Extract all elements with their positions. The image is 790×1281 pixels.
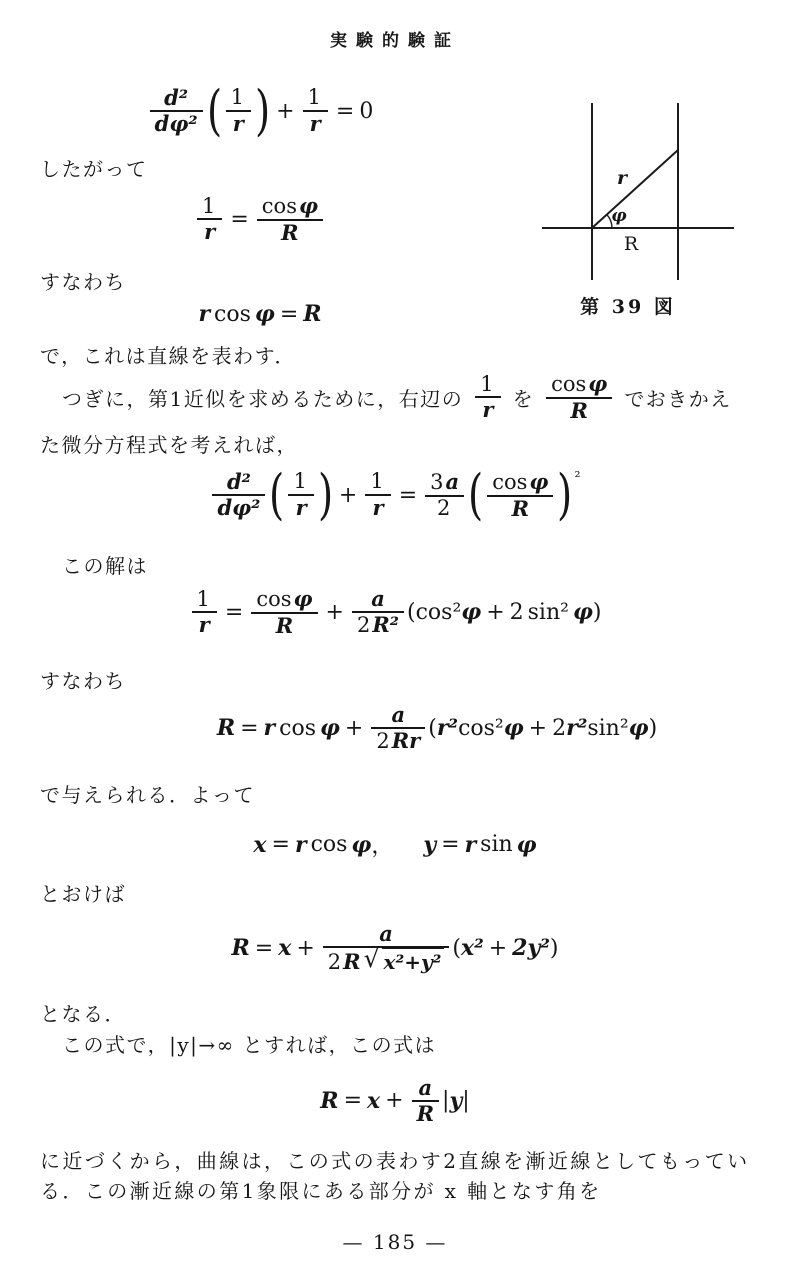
body-text-tsugini-2: た微分方程式を考えれば， xyxy=(40,429,298,458)
math-token: 2 xyxy=(552,716,566,741)
numerator: d² xyxy=(159,86,193,110)
math-token: = xyxy=(336,99,354,124)
math-token: y xyxy=(449,1088,462,1114)
math-token: ( xyxy=(452,936,461,961)
math-token: = xyxy=(441,832,459,857)
equation-8: R=x+a2R√x²+y²(x²+2y²) xyxy=(0,922,790,974)
math-token: φ xyxy=(461,599,481,625)
math-token: ( xyxy=(407,600,416,625)
math-token: φ xyxy=(294,587,313,611)
fraction: 1r xyxy=(226,86,251,135)
equation-6: R=rcosφ+a2Rr(r²cos²φ+2r²sin²φ) xyxy=(0,703,790,753)
denominator: r xyxy=(194,613,215,637)
math-token: r² xyxy=(437,715,458,741)
math-token: cos xyxy=(492,471,527,495)
fraction: aR xyxy=(412,1076,439,1125)
math-token: r xyxy=(204,220,215,244)
parenthesis: ) xyxy=(255,84,270,138)
fraction: a2R√x²+y² xyxy=(323,922,450,974)
math-token: 1 xyxy=(231,86,244,110)
denominator: r xyxy=(367,496,388,520)
math-token: cos xyxy=(262,195,297,219)
math-token: + xyxy=(345,716,363,741)
math-token: a xyxy=(379,922,393,946)
math-token: ( xyxy=(428,716,437,741)
math-token: + xyxy=(486,600,504,625)
math-token: 1 xyxy=(480,373,493,397)
denominator: R xyxy=(565,399,592,423)
math-token: R xyxy=(303,301,321,327)
math-token: φ xyxy=(529,470,548,494)
math-token: を xyxy=(513,383,535,412)
numerator: 3a xyxy=(425,470,464,495)
math-token: φ xyxy=(504,715,524,741)
math-token: x² xyxy=(461,935,484,961)
figure-label-r: r xyxy=(617,167,629,189)
math-token: 1 xyxy=(308,86,321,110)
math-token: φ xyxy=(629,715,649,741)
fraction: 1r xyxy=(288,470,313,519)
denominator: dφ² xyxy=(150,112,203,136)
math-token: = xyxy=(272,832,290,857)
math-token: x xyxy=(278,935,291,961)
math-token: でおきかえ xyxy=(624,383,732,412)
math-token: Rr xyxy=(392,729,421,753)
math-token: φ xyxy=(588,372,607,396)
square-root: √x²+y² xyxy=(364,948,445,973)
math-token: ) xyxy=(550,936,559,961)
math-token: x xyxy=(253,832,266,858)
equation-5: 1r=cosφR+a2R²(cos²φ+2sin²φ) xyxy=(0,587,790,637)
fraction: 1r xyxy=(197,195,222,244)
math-token: φ xyxy=(517,832,537,858)
numerator: 1 xyxy=(475,373,500,397)
math-token: R² xyxy=(372,613,399,637)
math-token: φ xyxy=(299,194,318,218)
numerator: cosφ xyxy=(257,194,323,219)
math-token: R xyxy=(231,935,249,961)
math-token: + xyxy=(339,483,357,508)
math-token: 1 xyxy=(202,195,215,219)
fraction: cosφR xyxy=(487,470,553,520)
numerator: a xyxy=(414,1076,438,1100)
denominator: 2R√x²+y² xyxy=(323,948,450,975)
math-token: + xyxy=(276,99,294,124)
numerator: 1 xyxy=(288,470,313,494)
denominator: R xyxy=(507,497,534,521)
numerator: 1 xyxy=(197,195,222,219)
fraction: 1r xyxy=(192,588,217,637)
numerator: 1 xyxy=(303,86,328,110)
math-token: a xyxy=(419,1076,433,1100)
denominator: 2R² xyxy=(352,613,404,638)
denominator: R xyxy=(271,614,298,638)
numerator: a xyxy=(386,703,410,727)
radical-icon: √ xyxy=(364,946,380,971)
math-token: = xyxy=(255,936,273,961)
math-token: 2 xyxy=(357,614,370,638)
figure-39-diagram: r φ R xyxy=(538,92,748,292)
math-token: a xyxy=(371,587,385,611)
denominator: r xyxy=(477,398,498,422)
exponent: ² xyxy=(575,470,581,485)
math-token: 2 xyxy=(328,951,341,975)
math-token: ， xyxy=(371,829,393,860)
math-token: φ xyxy=(255,301,275,327)
body-text-ruline: る．この漸近線の第1象限にある部分が x 軸となす角を xyxy=(40,1175,602,1204)
math-token: = xyxy=(399,483,417,508)
math-token: R xyxy=(276,614,293,638)
math-token: R xyxy=(570,399,587,423)
math-token: 3 xyxy=(430,471,443,495)
numerator: cosφ xyxy=(251,587,317,612)
math-token: R xyxy=(343,950,360,974)
fraction: 1r xyxy=(475,373,500,422)
math-token: 1 xyxy=(293,470,306,494)
math-token: a xyxy=(391,703,405,727)
math-token: 2 xyxy=(437,497,450,521)
denominator: R xyxy=(412,1102,439,1126)
math-token: dφ² xyxy=(217,496,260,520)
paragraph-tsugini: つぎに，第1近似を求めるために，右辺の1rをcosφRでおきかえ xyxy=(62,372,772,422)
body-text-konokai: この解は xyxy=(62,550,148,579)
math-token: dφ² xyxy=(155,112,198,136)
denominator: r xyxy=(228,112,249,136)
math-token: y xyxy=(423,832,436,858)
book-page: 実験的験証 d²dφ²(1r)+1r=0 したがって 1r=cosφR すなわち… xyxy=(0,0,790,1281)
math-token: + xyxy=(529,716,547,741)
equation-3: rcosφ=R xyxy=(0,301,520,327)
math-token: R xyxy=(512,497,529,521)
math-token: = xyxy=(240,716,258,741)
body-text-konoshiki: この式で，|y|→∞ とすれば，この式は xyxy=(62,1029,436,1058)
math-token: r xyxy=(310,112,321,136)
math-token: x²+y² xyxy=(384,950,442,974)
math-token: = xyxy=(230,207,248,232)
math-token: cos xyxy=(256,588,291,612)
math-token: cos xyxy=(311,832,348,857)
math-token: ) xyxy=(593,600,602,625)
math-token: + xyxy=(296,936,314,961)
math-token: つぎに，第1近似を求めるために，右辺の xyxy=(62,383,463,412)
math-token: sin xyxy=(480,832,513,857)
fraction: a2Rr xyxy=(371,703,425,753)
page-number: — 185 — xyxy=(0,1230,790,1254)
math-token: R xyxy=(320,1088,338,1114)
parenthesis: ( xyxy=(269,468,284,522)
equation-9: R=x+aR|y| xyxy=(0,1076,790,1125)
math-token: = xyxy=(225,600,243,625)
body-text-chikazuku: に近づくから，曲線は，この式の表わす2直線を漸近線としてもってい xyxy=(40,1145,750,1174)
equation-4: d²dφ²(1r)+1r=3a2(cosφR)² xyxy=(0,468,790,522)
body-text-tonaru: となる． xyxy=(40,998,126,1027)
denominator: 2Rr xyxy=(371,729,425,754)
denominator: dφ² xyxy=(212,496,265,520)
math-token: 2y² xyxy=(512,935,550,961)
numerator: a xyxy=(374,922,398,946)
math-token: 2 xyxy=(510,600,524,625)
denominator: R xyxy=(276,221,303,245)
math-token: + xyxy=(489,936,507,961)
figure-caption: 第 39 図 xyxy=(538,292,718,319)
math-token: cos xyxy=(279,716,316,741)
fraction: cosφR xyxy=(257,194,323,244)
parenthesis: ) xyxy=(557,468,572,522)
math-token: R xyxy=(281,221,298,245)
math-token: = xyxy=(280,302,298,327)
math-token: + xyxy=(385,1088,403,1113)
equation-7: x=rcosφ，y=rsinφ xyxy=(0,829,790,860)
numerator: d² xyxy=(222,470,256,494)
math-token: 1 xyxy=(370,470,383,494)
math-token: cos² xyxy=(416,600,462,625)
fraction: 1r xyxy=(365,470,390,519)
math-token: cos xyxy=(551,373,586,397)
running-head: 実験的験証 xyxy=(0,26,790,51)
body-text-tookeba: とおけば xyxy=(40,878,126,907)
body-text-sunawachi-1: すなわち xyxy=(40,266,126,295)
numerator: 1 xyxy=(365,470,390,494)
numerator: a xyxy=(366,587,390,611)
math-token: r xyxy=(199,613,210,637)
math-token: cos xyxy=(214,302,251,327)
radicand: x²+y² xyxy=(382,948,445,973)
numerator: cosφ xyxy=(487,470,553,495)
math-token: | xyxy=(462,1088,469,1113)
math-token: r xyxy=(372,496,383,520)
fraction: a2R² xyxy=(352,587,404,637)
fraction: 3a2 xyxy=(425,470,464,520)
radius-line xyxy=(592,150,678,228)
parenthesis: ( xyxy=(468,468,483,522)
math-token: d² xyxy=(164,86,188,110)
math-token: R xyxy=(217,715,235,741)
math-token: 1 xyxy=(197,588,210,612)
parenthesis: ) xyxy=(318,468,333,522)
math-token: R xyxy=(417,1102,434,1126)
fraction: cosφR xyxy=(546,372,612,422)
numerator: 1 xyxy=(226,86,251,110)
body-text-ataerareru: で与えられる．よって xyxy=(40,779,255,808)
math-token: d² xyxy=(227,470,251,494)
math-token: r xyxy=(482,398,493,422)
math-token: φ xyxy=(573,599,593,625)
math-token: 2 xyxy=(376,730,389,754)
numerator: 1 xyxy=(192,588,217,612)
math-token: + xyxy=(326,600,344,625)
fraction: 1r xyxy=(303,86,328,135)
math-token: 0 xyxy=(359,99,373,124)
math-token: ) xyxy=(649,716,658,741)
math-token: r xyxy=(264,715,276,741)
math-token: cos² xyxy=(458,716,504,741)
math-token: sin² xyxy=(528,600,569,625)
denominator: r xyxy=(199,220,220,244)
equation-2: 1r=cosφR xyxy=(0,194,520,244)
body-text-sunawachi-2: すなわち xyxy=(40,665,126,694)
math-token: r xyxy=(198,301,210,327)
math-token: φ xyxy=(320,715,340,741)
math-token: x xyxy=(367,1088,380,1114)
equation-1: d²dφ²(1r)+1r=0 xyxy=(0,84,520,138)
math-token: sin² xyxy=(587,716,628,741)
denominator: 2 xyxy=(432,497,457,521)
fraction: cosφR xyxy=(251,587,317,637)
math-token: r xyxy=(295,832,307,858)
figure-label-phi: φ xyxy=(611,206,627,226)
figure-label-R: R xyxy=(624,233,639,255)
parenthesis: ( xyxy=(206,84,221,138)
denominator: r xyxy=(305,112,326,136)
math-token: a xyxy=(446,470,460,494)
math-token: = xyxy=(344,1088,362,1113)
math-token: r² xyxy=(566,715,587,741)
fraction: d²dφ² xyxy=(150,86,203,135)
body-text-chokusen: で，これは直線を表わす． xyxy=(40,340,296,369)
body-text-shitagatte: したがって xyxy=(40,153,148,182)
math-token: r xyxy=(296,496,307,520)
math-token: φ xyxy=(351,832,371,858)
math-token: r xyxy=(465,832,477,858)
numerator: cosφ xyxy=(546,372,612,397)
fraction: d²dφ² xyxy=(212,470,265,519)
math-token: r xyxy=(233,112,244,136)
denominator: r xyxy=(291,496,312,520)
